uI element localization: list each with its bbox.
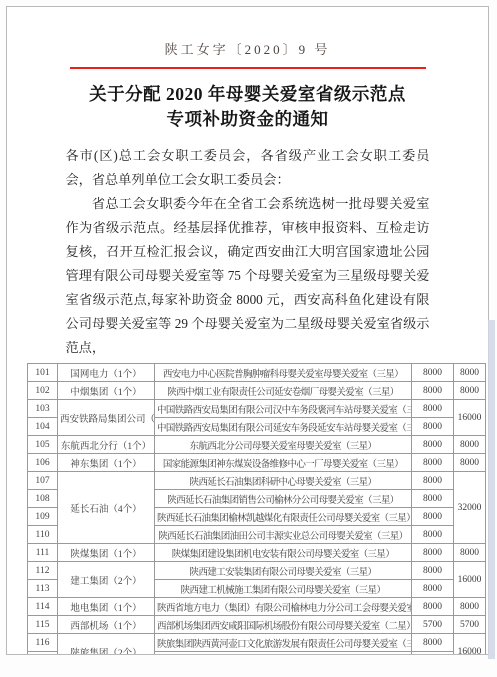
scan-edge-band xyxy=(488,320,495,659)
detail-cell: 国家能源集团神东煤炭设备维修中心一厂母婴关爱室（三星） xyxy=(155,454,412,472)
table-row: 106 神东集团（1个） 国家能源集团神东煤炭设备维修中心一厂母婴关爱室（三星）… xyxy=(28,454,486,472)
row-number-cell: 106 xyxy=(28,454,58,472)
table-row: 103 西安铁路局集团公司（2个） 中国铁路西安局集团有限公司汉中车务段褒河车站… xyxy=(28,400,486,418)
table-row: 115 西部机场（1个） 西部机场集团西安咸阳国际机场股份有限公司母婴关爱室（二… xyxy=(28,616,486,634)
amount-cell: 8000 xyxy=(412,490,454,508)
total-cell: 16000 xyxy=(454,562,486,598)
row-number-cell: 111 xyxy=(28,544,58,562)
total-cell: 16000 xyxy=(454,400,486,436)
amount-cell: 8000 xyxy=(412,526,454,544)
amount-cell: 8000 xyxy=(412,562,454,580)
detail-cell: 东航西北分公司母婴关爱室母婴关爱室（三星） xyxy=(155,436,412,454)
amount-cell: 5700 xyxy=(412,616,454,634)
total-cell: 8000 xyxy=(454,382,486,400)
amount-cell: 8000 xyxy=(412,598,454,616)
detail-cell: 陕西建工机械施工集团有限公司母婴关爱室（三星） xyxy=(155,580,412,598)
total-cell: 8000 xyxy=(454,436,486,454)
detail-cell: 中国铁路西安局集团有限公司延安车务段延安车站母婴关爱室（三星） xyxy=(155,418,412,436)
group-cell: 西部机场（1个） xyxy=(58,616,155,634)
amount-cell: 8000 xyxy=(412,418,454,436)
total-cell: 8000 xyxy=(454,598,486,616)
row-number-cell: 108 xyxy=(28,490,58,508)
row-number-cell: 115 xyxy=(28,616,58,634)
amount-cell: 8000 xyxy=(412,364,454,382)
amount-cell: 8000 xyxy=(412,472,454,490)
table-row: 102 中烟集团（1个） 陕西中烟工业有限责任公司延安卷烟厂母婴关爱室（三星） … xyxy=(28,382,486,400)
total-cell: 32000 xyxy=(454,472,486,544)
detail-cell: 西部机场集团西安咸阳国际机场股份有限公司母婴关爱室（二星） xyxy=(155,616,412,634)
detail-cell: 陕西延长石油集团榆林凯越煤化有限责任公司母婴关爱室（三星） xyxy=(155,508,412,526)
body-text: 各市(区)总工会女职工委员会，各省级产业工会女职工委员会，省总单列单位工会女职工… xyxy=(66,144,430,360)
detail-cell: 陕煤集团建设集团机电安装有限公司母婴关爱室（三星） xyxy=(155,544,412,562)
group-cell: 中烟集团（1个） xyxy=(58,382,155,400)
table-row: 112 建工集团（2个） 陕西建工安装集团有限公司母婴关爱室（三星） 8000 … xyxy=(28,562,486,580)
table-row: 111 陕煤集团（1个） 陕煤集团建设集团机电安装有限公司母婴关爱室（三星） 8… xyxy=(28,544,486,562)
group-cell: 国网电力（1个） xyxy=(58,364,155,382)
total-cell: 8000 xyxy=(454,454,486,472)
group-cell: 建工集团（2个） xyxy=(58,562,155,598)
row-number-cell: 107 xyxy=(28,472,58,490)
detail-cell: 陕西中烟工业有限责任公司延安卷烟厂母婴关爱室（三星） xyxy=(155,382,412,400)
detail-cell: 陕西延长石油集团油田公司丰源实业总公司母婴关爱室（三星） xyxy=(155,526,412,544)
row-number-cell: 116 xyxy=(28,634,58,652)
group-cell: 神东集团（1个） xyxy=(58,454,155,472)
row-number-cell: 110 xyxy=(28,526,58,544)
row-number-cell: 104 xyxy=(28,418,58,436)
amount-cell: 8000 xyxy=(412,508,454,526)
allocation-table: 101 国网电力（1个） 西安电力中心医院普胸肿瘤科母婴关爱室母婴关爱室（三星）… xyxy=(27,363,486,655)
group-cell: 延长石油（4个） xyxy=(58,472,155,544)
page-title: 关于分配 2020 年母婴关爱室省级示范点专项补助资金的通知 xyxy=(7,82,488,132)
detail-cell: 陕西建工安装集团有限公司母婴关爱室（三星） xyxy=(155,562,412,580)
row-number-cell: 114 xyxy=(28,598,58,616)
amount-cell: 8000 xyxy=(412,400,454,418)
body-paragraph: 省总工会女职委今年在全省工会系统选树一批母婴关爱室作为省级示范点。经基层择优推荐… xyxy=(66,192,430,360)
table-row: 101 国网电力（1个） 西安电力中心医院普胸肿瘤科母婴关爱室母婴关爱室（三星）… xyxy=(28,364,486,382)
doc-number: 陕工女字〔2020〕9 号 xyxy=(7,39,488,58)
group-cell: 东航西北分行（1个） xyxy=(58,436,155,454)
row-number-cell: 101 xyxy=(28,364,58,382)
group-cell: 陕煤集团（1个） xyxy=(58,544,155,562)
amount-cell: 8000 xyxy=(412,544,454,562)
amount-cell: 8000 xyxy=(412,652,454,656)
detail-cell: 西安电力中心医院普胸肿瘤科母婴关爱室母婴关爱室（三星） xyxy=(155,364,412,382)
recipients-paragraph: 各市(区)总工会女职工委员会，各省级产业工会女职工委员会，省总单列单位工会女职工… xyxy=(66,144,430,192)
group-cell: 西安铁路局集团公司（2个） xyxy=(58,400,155,436)
table-row: 105 东航西北分行（1个） 东航西北分公司母婴关爱室母婴关爱室（三星） 800… xyxy=(28,436,486,454)
table-row: 114 地电集团（1个） 陕西省地方电力（集团）有限公司榆林电力分公司工会母婴关… xyxy=(28,598,486,616)
group-cell: 陕旅集团（2个） xyxy=(58,634,155,656)
total-cell: 8000 xyxy=(454,364,486,382)
table-row: 107 延长石油（4个） 陕西延长石油集团科研中心母婴关爱室（三星） 8000 … xyxy=(28,472,486,490)
amount-cell: 8000 xyxy=(412,634,454,652)
table-row: 116 陕旅集团（2个） 陕旅集团陕西黄河壶口文化旅游发展有限责任公司母婴关爱室… xyxy=(28,634,486,652)
row-number-cell: 112 xyxy=(28,562,58,580)
title-line-1: 关于分配 2020 年母婴关爱室省级示范点 xyxy=(89,84,406,104)
row-number-cell: 102 xyxy=(28,382,58,400)
detail-cell: 中国铁路西安局集团有限公司汉中车务段褒河车站母婴关爱室（三星） xyxy=(155,400,412,418)
row-number-cell: 103 xyxy=(28,400,58,418)
row-number-cell: 117 xyxy=(28,652,58,656)
total-cell: 8000 xyxy=(454,544,486,562)
amount-cell: 8000 xyxy=(412,382,454,400)
detail-cell: 陕西延长石油集团销售公司榆林分公司母婴关爱室（三星） xyxy=(155,490,412,508)
detail-cell: 陕西延长石油集团科研中心母婴关爱室（三星） xyxy=(155,472,412,490)
detail-cell: 陕旅集团陕西黄河壶口文化旅游发展有限责任公司母婴关爱室（三星） xyxy=(155,634,412,652)
detail-cell: 陕西省地方电力（集团）有限公司榆林电力分公司工会母婴关爱室（三星） xyxy=(155,598,412,616)
row-number-cell: 105 xyxy=(28,436,58,454)
row-number-cell: 109 xyxy=(28,508,58,526)
row-number-cell: 113 xyxy=(28,580,58,598)
detail-cell: 陕旅集团汉中公司诸葛古镇景区母婴关爱室（三星） xyxy=(155,652,412,656)
group-cell: 地电集团（1个） xyxy=(58,598,155,616)
title-line-2: 专项补助资金的通知 xyxy=(167,109,329,129)
amount-cell: 8000 xyxy=(412,454,454,472)
total-cell: 16000 xyxy=(454,634,486,656)
total-cell: 5700 xyxy=(454,616,486,634)
amount-cell: 8000 xyxy=(412,436,454,454)
amount-cell: 8000 xyxy=(412,580,454,598)
document-page: 陕工女字〔2020〕9 号 关于分配 2020 年母婴关爱室省级示范点专项补助资… xyxy=(6,6,489,655)
red-divider xyxy=(70,67,426,69)
